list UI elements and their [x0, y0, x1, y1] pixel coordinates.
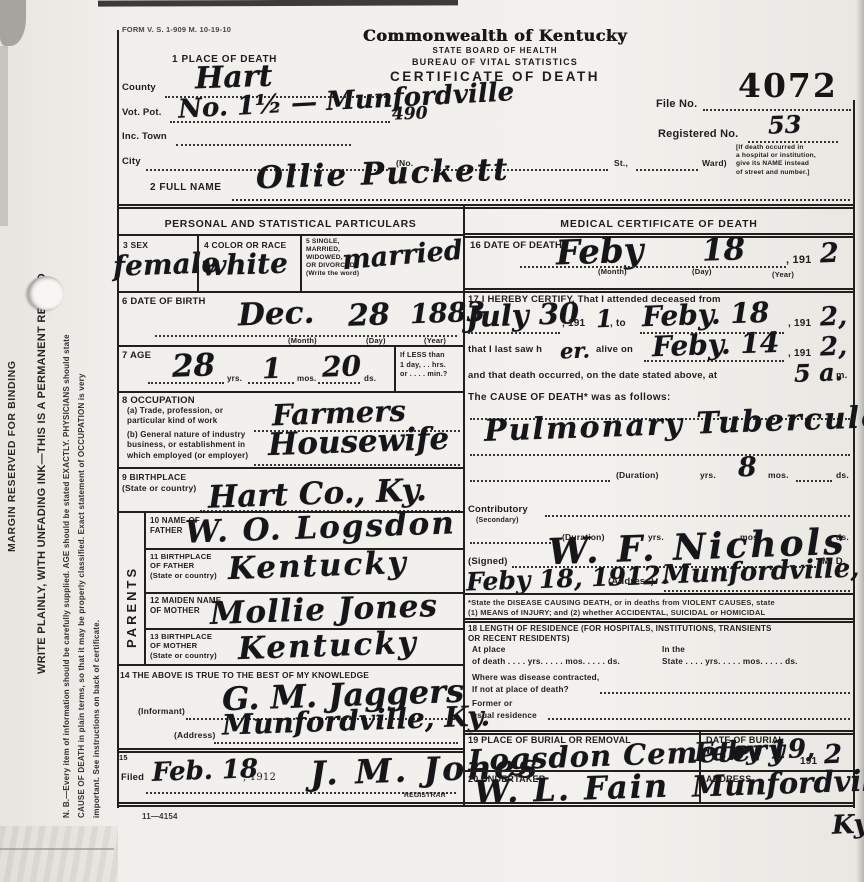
- disease-contracted-line: [600, 690, 850, 694]
- duration-months-value: 8: [737, 452, 757, 484]
- to-year-digit: 2,: [819, 302, 847, 333]
- masthead-commonwealth: Commonwealth of Kentucky: [310, 26, 680, 45]
- last-saw-label: that I last saw h: [468, 344, 542, 355]
- burial-date-value: Feby 19,: [694, 734, 816, 768]
- duration-yrs-hint: yrs.: [700, 470, 716, 480]
- footnote-bottom-rule: [464, 618, 855, 620]
- precinct-label: Vot. Pot.: [122, 107, 162, 118]
- file-no-label: File No.: [656, 98, 697, 110]
- signature-address-label: (Address): [608, 576, 654, 587]
- duration-ds-hint: ds.: [836, 470, 849, 480]
- hospital-note: [If death occurred in a hospital or inst…: [736, 144, 854, 177]
- masthead-bureau: BUREAU OF VITAL STATISTICS: [310, 57, 680, 67]
- color-marital-divider: [300, 234, 302, 291]
- contributory-label: Contributory: [468, 504, 528, 515]
- date-of-death-year-digit: 2: [819, 238, 839, 270]
- margin-note-nb-line3: important. See instructions on back of c…: [92, 518, 101, 818]
- city-st-label: St.,: [614, 158, 628, 168]
- masthead-board: STATE BOARD OF HEALTH: [310, 46, 680, 55]
- parents-label: PARENTS: [124, 528, 139, 648]
- occupation-row-rule: [117, 467, 464, 469]
- cause-of-death-value: Pulmonary Tuberculosis: [484, 398, 864, 449]
- dod-day-hint: (Day): [692, 267, 712, 276]
- secondary-hint: (Secondary): [476, 517, 519, 524]
- date-of-death-year-printed: , 191: [786, 254, 811, 266]
- birthplace-label: 9 BIRTHPLACE (State or country): [122, 472, 196, 493]
- registered-no-line: [748, 139, 838, 143]
- certificate-number: 4072: [738, 66, 838, 105]
- punch-hole: [28, 276, 64, 310]
- informant-label: (Informant): [138, 706, 185, 716]
- medical-title-rule: [464, 233, 855, 235]
- occupation-label: 8 OCCUPATION: [122, 395, 195, 406]
- form-code: FORM V. S. 1-909 M. 10-19-10: [122, 25, 231, 34]
- county-label: County: [122, 82, 156, 93]
- medical-section-title: MEDICAL CERTIFICATE OF DEATH: [464, 218, 854, 230]
- date-of-death-label: 16 DATE OF DEATH: [470, 240, 562, 251]
- margin-note-permanent: WRITE PLAINLY, WITH UNFADING INK—THIS IS…: [36, 190, 48, 674]
- scan-artifact-right-edge: [856, 0, 864, 882]
- death-occurred-label: and that death occurred, on the date sta…: [468, 370, 717, 381]
- scan-artifact-bottom-left: [0, 826, 118, 882]
- dob-year-hint: (Year): [424, 336, 446, 345]
- to-year-printed: , 191: [788, 318, 811, 329]
- cause-footnote-line1: *State the DISEASE CAUSING DEATH, or in …: [468, 598, 775, 607]
- age-ifless-divider: [394, 345, 396, 391]
- residence-label: 18 LENGTH OF RESIDENCE (FOR HOSPITALS, I…: [468, 624, 772, 644]
- registrar-label: REGISTRAR: [404, 792, 446, 799]
- father-birthplace-label: 11 BIRTHPLACE OF FATHER (State or countr…: [150, 552, 217, 580]
- disease-contracted-label: Where was disease contracted, If not at …: [472, 672, 599, 697]
- margin-note-binding: MARGIN RESERVED FOR BINDING: [6, 352, 18, 552]
- mother-birthplace-label: 13 BIRTHPLACE OF MOTHER (State or countr…: [150, 632, 217, 660]
- personal-section-title: PERSONAL AND STATISTICAL PARTICULARS: [117, 218, 464, 230]
- dod-month-hint: (Month): [598, 267, 627, 276]
- cause-intro: The CAUSE OF DEATH* was as follows:: [468, 392, 671, 403]
- occupation-a-label: (a) Trade, profession, or particular kin…: [127, 406, 223, 427]
- age-days-line: [318, 380, 360, 384]
- dob-day-hint: (Day): [366, 336, 386, 345]
- occupation-b-line: [254, 462, 460, 466]
- filed-label: Filed: [121, 772, 144, 783]
- age-days-value: 20: [321, 349, 361, 383]
- city-ward-label: Ward): [702, 158, 727, 168]
- age-row-rule: [117, 391, 464, 393]
- duration-lead-line: [470, 478, 610, 482]
- cause-line-2: [470, 452, 850, 456]
- full-name-line: [232, 197, 850, 201]
- marital-value: married: [341, 235, 464, 276]
- full-name-label: 2 FULL NAME: [150, 182, 221, 193]
- if-less-note: If LESS than 1 day, . . hrs. or . . . . …: [400, 350, 448, 379]
- undertaker-address-state: Ky.: [831, 809, 864, 840]
- dob-month-value: Dec.: [237, 295, 314, 334]
- duration2-lead-line: [470, 540, 558, 544]
- filed-year: , 1912: [243, 772, 276, 783]
- scan-artifact-bottom-rule: [0, 848, 114, 850]
- precinct-number: 490: [392, 103, 428, 124]
- residence-at-place: At place of death . . . . yrs. . . . . m…: [472, 644, 620, 669]
- footnote-top-rule: [464, 593, 855, 595]
- plate-number: 11—4154: [142, 812, 178, 821]
- dod-year-hint: (Year): [772, 270, 794, 279]
- cause-footnote-line2: (1) MEANS of INJURY; and (2) whether ACC…: [468, 608, 765, 617]
- alive-on-label: alive on: [596, 344, 633, 355]
- death-time-m-label: m.: [836, 370, 848, 381]
- last-seen-line: [644, 358, 784, 362]
- sex-color-divider: [197, 234, 199, 291]
- mother-birthplace-value: Kentucky: [237, 625, 418, 667]
- duration-ds-line: [796, 478, 832, 482]
- header-separator-rule: [117, 204, 855, 206]
- registered-no-value: 53: [768, 109, 802, 139]
- frame-right-rule: [853, 100, 855, 808]
- age-mos-hint: mos.: [297, 374, 316, 383]
- sex-row-rule: [117, 291, 464, 293]
- color-value: white: [201, 247, 288, 283]
- contributory-line: [545, 513, 850, 517]
- parents-divider: [144, 511, 146, 664]
- parents-bottom-rule: [117, 664, 464, 666]
- inc-town-line: [176, 142, 351, 146]
- burial-top-rule: [464, 730, 855, 732]
- filed-number: 15: [119, 753, 128, 762]
- informant-address-label: (Address): [174, 730, 215, 740]
- dod-row-rule: [464, 288, 855, 290]
- death-certificate-scan: MARGIN RESERVED FOR BINDING WRITE PLAINL…: [0, 0, 864, 882]
- age-label: 7 AGE: [122, 350, 151, 361]
- scan-artifact-top-strip: [98, 0, 458, 7]
- dob-month-hint: (Month): [288, 336, 317, 345]
- duration-label: (Duration): [616, 470, 659, 480]
- scan-artifact-top-left: [0, 0, 26, 46]
- her-written: er.: [560, 337, 591, 363]
- duration-mos-hint: mos.: [768, 470, 789, 480]
- scan-artifact-left-edge: [0, 46, 8, 226]
- occupation-b-value: Housewife: [267, 421, 449, 463]
- undertaker-signature: W. L. Fain: [473, 767, 669, 812]
- full-name-value: Ollie Puckett: [255, 152, 510, 197]
- former-residence-label: Former or usual residence: [472, 698, 537, 723]
- signature-address-line: [664, 588, 850, 592]
- city-label: City: [122, 156, 141, 167]
- margin-note-nb-line2: CAUSE OF DEATH in plain terms, so that i…: [77, 218, 86, 818]
- residence-in-state: In the State . . . . yrs. . . . . mos. .…: [662, 644, 798, 669]
- undertaker-address-value: Munfordville: [691, 762, 864, 803]
- attended-from-line: [468, 330, 560, 334]
- age-ds-hint: ds.: [364, 374, 376, 383]
- personal-title-rule: [117, 234, 464, 236]
- dob-day-value: 28: [347, 297, 390, 333]
- city-st-line: [636, 167, 698, 171]
- dob-row-rule: [117, 345, 464, 347]
- age-months-line: [248, 380, 294, 384]
- occupation-b-label: (b) General nature of industry business,…: [127, 430, 248, 461]
- from-year-printed: , 191: [562, 318, 585, 329]
- age-yrs-hint: yrs.: [227, 374, 242, 383]
- informant-address-line: [214, 740, 458, 744]
- dob-label: 6 DATE OF BIRTH: [122, 296, 206, 307]
- to-label: , to: [610, 318, 626, 329]
- registered-no-label: Registered No.: [658, 128, 738, 140]
- date-of-death-line: [520, 264, 786, 268]
- frame-left-rule: [117, 30, 119, 808]
- age-years-line: [148, 380, 224, 384]
- former-residence-line: [548, 716, 850, 720]
- inc-town-label: Inc. Town: [122, 131, 167, 142]
- father-birthplace-value: Kentucky: [227, 545, 408, 587]
